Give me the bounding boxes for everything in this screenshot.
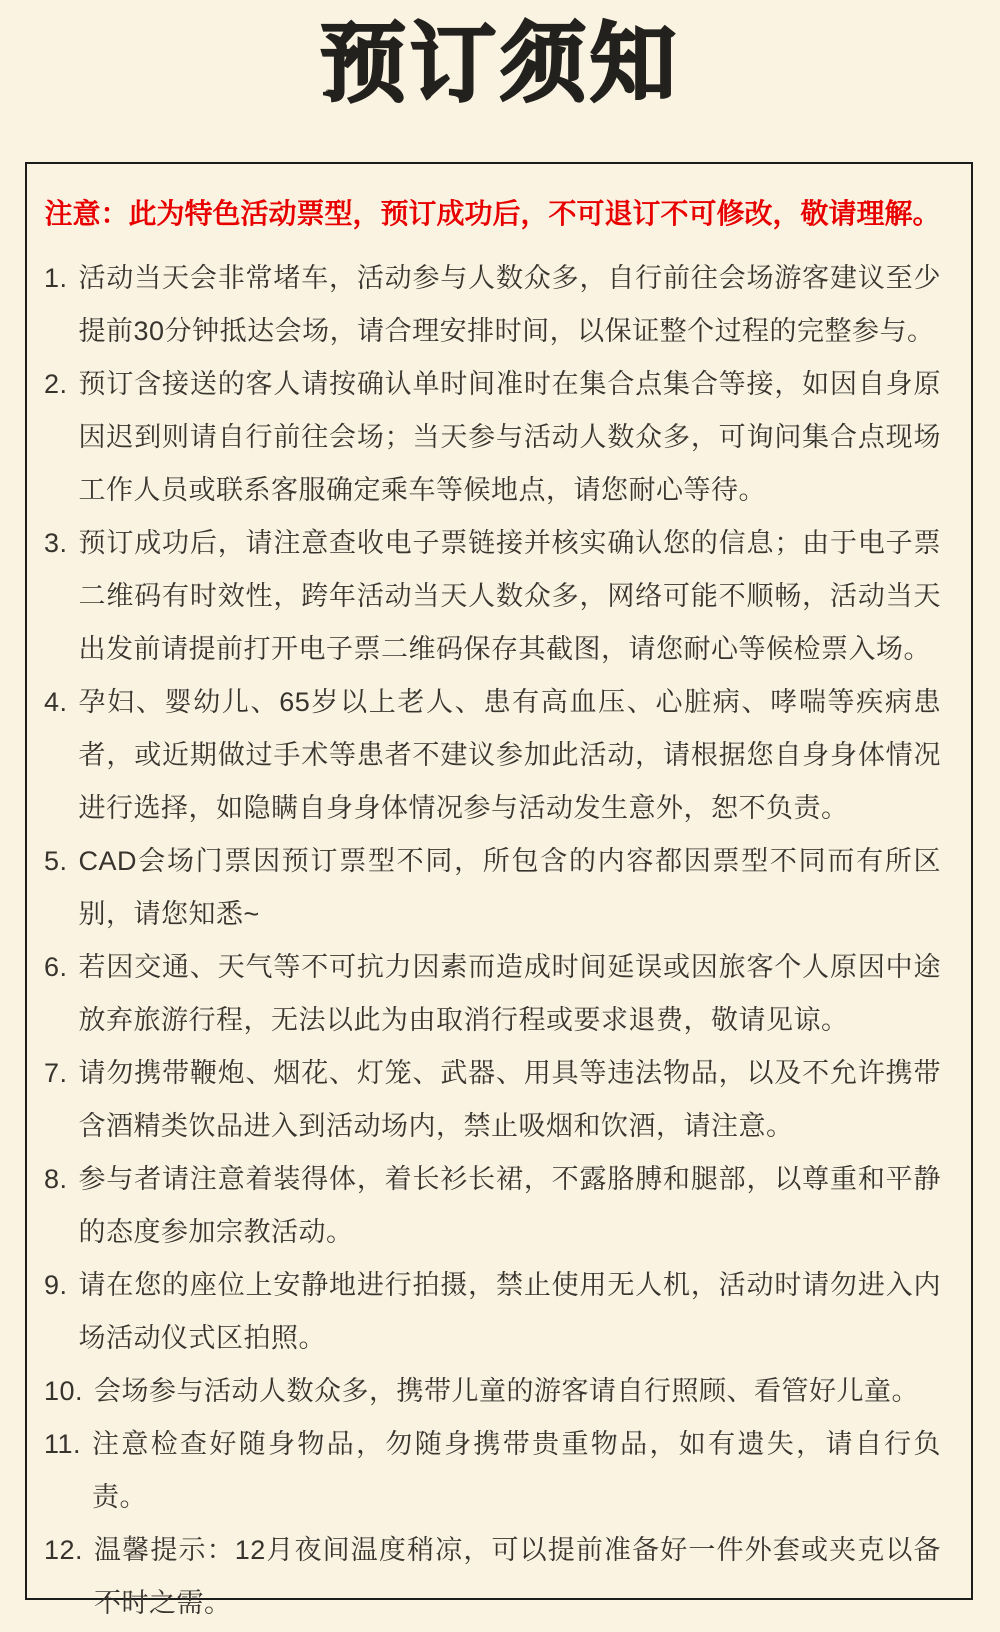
notice-item: 12. 温馨提示：12月夜间温度稍凉，可以提前准备好一件外套或夹克以备不时之需。 [44, 1524, 941, 1630]
item-text: 会场参与活动人数众多，携带儿童的游客请自行照顾、看管好儿童。 [94, 1365, 941, 1418]
notice-list: 1. 活动当天会非常堵车，活动参与人数众多，自行前往会场游客建议至少提前30分钟… [44, 252, 941, 1630]
item-number: 1. [44, 252, 79, 358]
notice-item: 1. 活动当天会非常堵车，活动参与人数众多，自行前往会场游客建议至少提前30分钟… [44, 252, 941, 358]
notice-item: 5. CAD会场门票因预订票型不同，所包含的内容都因票型不同而有所区别，请您知悉… [44, 835, 941, 941]
item-text: 活动当天会非常堵车，活动参与人数众多，自行前往会场游客建议至少提前30分钟抵达会… [79, 252, 941, 358]
item-number: 4. [44, 676, 79, 835]
notice-item: 11. 注意检查好随身物品，勿随身携带贵重物品，如有遗失，请自行负责。 [44, 1418, 941, 1524]
item-text: 注意检查好随身物品，勿随身携带贵重物品，如有遗失，请自行负责。 [92, 1418, 941, 1524]
item-number: 11. [44, 1418, 92, 1524]
item-number: 7. [44, 1047, 79, 1153]
item-text: 若因交通、天气等不可抗力因素而造成时间延误或因旅客个人原因中途放弃旅游行程，无法… [79, 941, 941, 1047]
notice-item: 10. 会场参与活动人数众多，携带儿童的游客请自行照顾、看管好儿童。 [44, 1365, 941, 1418]
item-number: 5. [44, 835, 79, 941]
item-number: 2. [44, 358, 79, 517]
notice-item: 3. 预订成功后，请注意查收电子票链接并核实确认您的信息；由于电子票二维码有时效… [44, 517, 941, 676]
notice-item: 7. 请勿携带鞭炮、烟花、灯笼、武器、用具等违法物品，以及不允许携带含酒精类饮品… [44, 1047, 941, 1153]
notice-item: 6. 若因交通、天气等不可抗力因素而造成时间延误或因旅客个人原因中途放弃旅游行程… [44, 941, 941, 1047]
item-number: 3. [44, 517, 79, 676]
item-text: 请在您的座位上安静地进行拍摄，禁止使用无人机，活动时请勿进入内场活动仪式区拍照。 [79, 1259, 941, 1365]
item-text: 参与者请注意着装得体，着长衫长裙，不露胳膊和腿部，以尊重和平静的态度参加宗教活动… [79, 1153, 941, 1259]
item-text: 温馨提示：12月夜间温度稍凉，可以提前准备好一件外套或夹克以备不时之需。 [94, 1524, 941, 1630]
notice-item: 2. 预订含接送的客人请按确认单时间准时在集合点集合等接，如因自身原因迟到则请自… [44, 358, 941, 517]
item-text: 预订成功后，请注意查收电子票链接并核实确认您的信息；由于电子票二维码有时效性，跨… [79, 517, 941, 676]
page-title: 预订须知 [0, 16, 1000, 112]
notice-item: 9. 请在您的座位上安静地进行拍摄，禁止使用无人机，活动时请勿进入内场活动仪式区… [44, 1259, 941, 1365]
notice-box: 注意：此为特色活动票型，预订成功后，不可退订不可修改，敬请理解。 1. 活动当天… [25, 162, 973, 1600]
item-number: 10. [44, 1365, 94, 1418]
item-number: 6. [44, 941, 79, 1047]
notice-item: 8. 参与者请注意着装得体，着长衫长裙，不露胳膊和腿部，以尊重和平静的态度参加宗… [44, 1153, 941, 1259]
item-number: 8. [44, 1153, 79, 1259]
item-number: 9. [44, 1259, 79, 1365]
item-number: 12. [44, 1524, 94, 1630]
notice-item: 4. 孕妇、婴幼儿、65岁以上老人、患有高血压、心脏病、哮喘等疾病患者，或近期做… [44, 676, 941, 835]
item-text: 预订含接送的客人请按确认单时间准时在集合点集合等接，如因自身原因迟到则请自行前往… [79, 358, 941, 517]
item-text: CAD会场门票因预订票型不同，所包含的内容都因票型不同而有所区别，请您知悉~ [79, 835, 941, 941]
item-text: 请勿携带鞭炮、烟花、灯笼、武器、用具等违法物品，以及不允许携带含酒精类饮品进入到… [79, 1047, 941, 1153]
warning-text: 注意：此为特色活动票型，预订成功后，不可退订不可修改，敬请理解。 [44, 196, 941, 232]
item-text: 孕妇、婴幼儿、65岁以上老人、患有高血压、心脏病、哮喘等疾病患者，或近期做过手术… [79, 676, 941, 835]
